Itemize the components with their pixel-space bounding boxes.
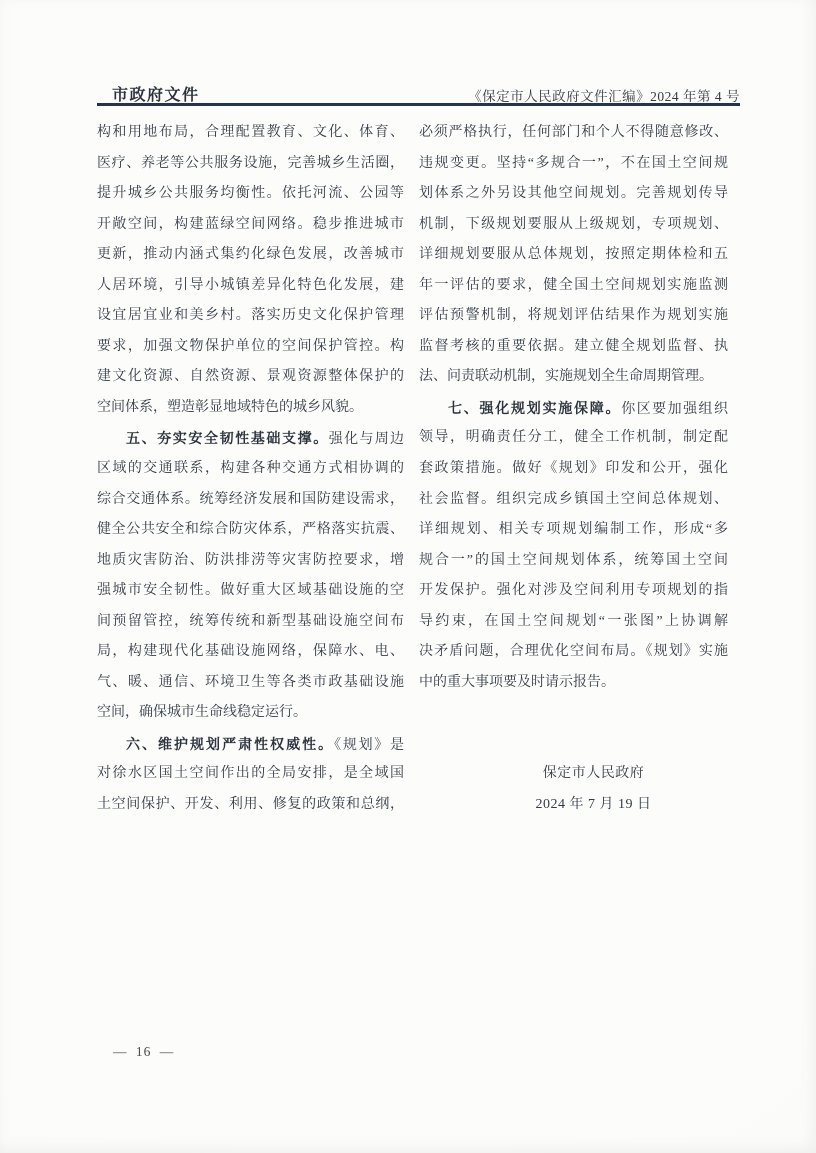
section-heading: 五、夯实安全韧性基础支撑。 [126,430,329,446]
text-line: 法、问责联动机制，实施规划全生命周期管理。 [419,362,728,393]
header-compilation-title: 《保定市人民政府文件汇编》2024 年第 4 号 [468,85,740,105]
text-line: 人居环境，引导小城镇差异化特色化发展，建 [97,271,404,302]
text-line: 空间，确保城市生命线稳定运行。 [97,698,404,729]
text-line: 开敞空间，构建蓝绿空间网络。稳步推进城市 [97,210,404,241]
text-line: 五、夯实安全韧性基础支撑。强化与周边 [97,423,404,454]
text-line: 规合一”的国土空间规划体系，统筹国土空间 [419,546,728,577]
text-line: 综合交通体系。统筹经济发展和国防建设需求， [97,485,404,516]
text-line: 建文化资源、自然资源、景观资源整体保护的 [97,362,404,393]
text-line: 划体系之外另设其他空间规划。完善规划传导 [419,179,728,210]
text-line: 机制，下级规划要服从上级规划，专项规划、 [419,210,728,241]
text-line: 决矛盾问题，合理优化空间布局。《规划》实施 [419,637,728,668]
text-line: 导约束，在国土空间规划“一张图”上协调解 [419,607,728,638]
text-line: 提升城乡公共服务均衡性。依托河流、公园等 [97,179,404,210]
text-line: 地质灾害防治、防洪排涝等灾害防控要求，增 [97,546,404,577]
text-line: 必须严格执行，任何部门和个人不得随意修改、 [419,118,728,149]
text-line: 健全公共安全和综合防灾体系，严格落实抗震、 [97,515,404,546]
text-line: 年一评估的要求，健全国土空间规划实施监测 [419,271,728,302]
text-line: 强城市安全韧性。做好重大区域基础设施的空 [97,576,404,607]
text-line: 土空间保护、开发、利用、修复的政策和总纲， [97,790,404,821]
text-line: 领导，明确责任分工，健全工作机制，制定配 [419,423,728,454]
text-line: 详细规划、相关专项规划编制工作，形成“多 [419,515,728,546]
text-line: 设宜居宜业和美乡村。落实历史文化保护管理 [97,301,404,332]
signature-date: 2024 年 7 月 19 日 [419,790,728,821]
text-line: 医疗、养老等公共服务设施，完善城乡生活圈， [97,149,404,180]
text-line: 更新，推动内涵式集约化绿色发展，改善城市 [97,240,404,271]
text-line: 七、强化规划实施保障。你区要加强组织 [419,393,728,424]
section-heading: 七、强化规划实施保障。 [448,400,621,416]
page-number: — 16 — [113,1044,174,1060]
text-column-left: 构和用地布局，合理配置教育、文化、体育、医疗、养老等公共服务设施，完善城乡生活圈… [97,118,404,821]
text-line: 对徐水区国土空间作出的全局安排，是全域国 [97,759,404,790]
text-line: 违规变更。坚持“多规合一”，不在国土空间规 [419,149,728,180]
header-rule [97,103,740,106]
header-doc-type: 市政府文件 [112,82,200,105]
section-heading: 六、维护规划严肃性权威性。 [126,736,334,752]
text-line: 开发保护。强化对涉及空间利用专项规划的指 [419,576,728,607]
text-line: 气、暖、通信、环境卫生等各类市政基础设施 [97,668,404,699]
text-line: 六、维护规划严肃性权威性。《规划》是 [97,729,404,760]
text-line: 详细规划要服从总体规划，按照定期体检和五 [419,240,728,271]
text-line: 要求，加强文物保护单位的空间保护管控。构 [97,332,404,363]
signature-spacer [419,698,728,759]
text-line: 套政策措施。做好《规划》印发和公开，强化 [419,454,728,485]
text-line: 局，构建现代化基础设施网络，保障水、电、 [97,637,404,668]
text-line: 中的重大事项要及时请示报告。 [419,668,728,699]
text-line: 构和用地布局，合理配置教育、文化、体育、 [97,118,404,149]
text-line: 间预留管控，统筹传统和新型基础设施空间布 [97,607,404,638]
text-line: 评估预警机制，将规划评估结果作为规划实施 [419,301,728,332]
document-page: 市政府文件 《保定市人民政府文件汇编》2024 年第 4 号 构和用地布局，合理… [0,0,816,1153]
text-line: 区域的交通联系，构建各种交通方式相协调的 [97,454,404,485]
text-line: 监督考核的重要依据。建立健全规划监督、执 [419,332,728,363]
text-column-right: 必须严格执行，任何部门和个人不得随意修改、违规变更。坚持“多规合一”，不在国土空… [419,118,728,821]
text-line: 社会监督。组织完成乡镇国土空间总体规划、 [419,485,728,516]
text-line: 空间体系，塑造彰显地域特色的城乡风貌。 [97,393,404,424]
signature-issuer: 保定市人民政府 [419,759,728,790]
